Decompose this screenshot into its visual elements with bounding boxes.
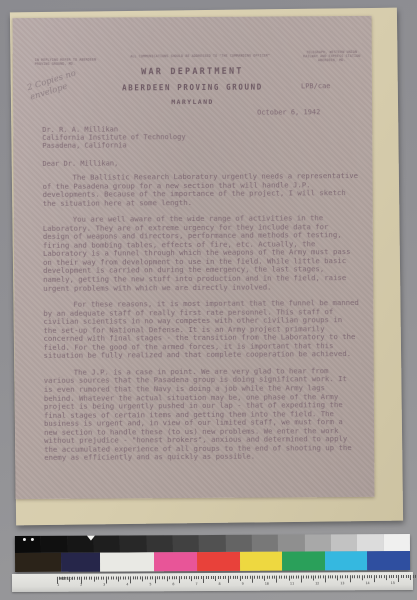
color-calibration-bar: [15, 534, 410, 572]
ruler-number: 6: [172, 582, 174, 586]
registration-dot: [31, 538, 34, 541]
ruler-tick: [186, 576, 187, 579]
grayscale-step: [15, 536, 41, 553]
ruler-tick: [410, 575, 411, 580]
ruler-tick: [111, 577, 112, 580]
ruler-tick: [59, 577, 60, 580]
color-patch: [197, 552, 240, 571]
ruler-tick: [408, 575, 409, 578]
ruler-number: 14: [365, 581, 369, 585]
ruler-tick: [108, 577, 109, 580]
ruler-tick: [320, 575, 321, 578]
ruler-tick: [79, 577, 80, 580]
ruler-tick: [313, 575, 314, 580]
ruler-tick: [328, 575, 329, 578]
grayscale-step: [357, 534, 383, 551]
grayscale-step: [305, 534, 331, 551]
ruler-tick: [391, 575, 392, 578]
ruler-tick: [415, 575, 416, 578]
ruler-tick: [398, 575, 399, 582]
letterhead-reply-address: IN REPLYING REFER TO ABERDEEN PROVING GR…: [35, 58, 105, 66]
color-patch: [367, 551, 410, 570]
ruler-tick: [198, 576, 199, 579]
ruler-tick: [184, 576, 185, 579]
ruler-tick: [267, 576, 268, 579]
ruler-tick: [306, 576, 307, 579]
ruler-tick: [218, 576, 219, 579]
ruler-tick: [323, 575, 324, 578]
ruler-tick: [376, 575, 377, 578]
ruler-tick: [381, 575, 382, 578]
ruler-tick: [103, 577, 104, 580]
ruler-tick: [84, 577, 85, 580]
ruler-tick: [232, 576, 233, 579]
ruler-tick: [167, 576, 168, 581]
ruler-tick: [369, 575, 370, 578]
ruler-tick: [152, 576, 153, 579]
ruler-tick: [367, 575, 368, 578]
salutation: Dear Dr. Millikan,: [42, 159, 118, 167]
ruler-tick: [281, 576, 282, 579]
ruler-number: 7: [195, 582, 197, 586]
ruler-tick: [364, 575, 365, 578]
letterhead-state: MARYLAND: [13, 97, 372, 107]
ruler-tick: [118, 576, 119, 581]
letter-paragraph: The J.P. is a case in point. We are very…: [44, 367, 361, 463]
ruler-tick: [335, 575, 336, 578]
grayscale-step: [199, 535, 225, 552]
ruler-tick: [206, 576, 207, 579]
ruler-tick: [101, 577, 102, 580]
ruler-tick: [201, 576, 202, 579]
ruler-tick: [230, 576, 231, 579]
ruler-tick: [296, 576, 297, 579]
grayscale-step: [120, 535, 146, 552]
ruler-tick: [262, 576, 263, 579]
ruler-tick: [67, 577, 68, 580]
ruler-tick: [137, 576, 138, 579]
scanned-document-page: { "scan": { "background_color": "#8e8e92…: [0, 0, 417, 600]
ruler-tick: [140, 576, 141, 579]
ruler-tick: [345, 575, 346, 578]
ruler-tick: [91, 577, 92, 580]
ruler-tick: [89, 577, 90, 580]
ruler-tick: [208, 576, 209, 579]
ruler-tick: [347, 575, 348, 578]
ruler-tick: [69, 577, 70, 582]
color-patch: [240, 552, 283, 571]
ruler-tick: [157, 576, 158, 579]
date-line: October 6, 1942: [257, 108, 320, 116]
ruler-tick: [225, 576, 226, 579]
ruler-tick: [135, 576, 136, 579]
ruler-tick: [386, 575, 387, 580]
ruler-tick: [401, 575, 402, 578]
ruler-tick: [315, 575, 316, 578]
ruler-tick: [211, 576, 212, 579]
metric-ruler: METRIC 123456789101112131415: [12, 572, 413, 592]
ruler-tick: [176, 576, 177, 579]
ruler-tick: [384, 575, 385, 578]
color-patch: [61, 553, 100, 572]
ruler-tick: [393, 575, 394, 578]
letterhead-communications-note: ALL COMMUNICATIONS SHOULD BE ADDRESSED T…: [108, 53, 293, 58]
ruler-tick: [94, 577, 95, 582]
ruler-tick: [74, 577, 75, 580]
ruler-tick: [142, 576, 143, 581]
ruler-tick: [147, 576, 148, 579]
ruler-tick: [159, 576, 160, 579]
ruler-tick: [240, 576, 241, 581]
ruler-tick: [332, 575, 333, 578]
registration-dot: [23, 538, 26, 541]
ruler-tick: [235, 576, 236, 579]
ruler-number: 15: [391, 581, 395, 585]
ruler-tick: [337, 575, 338, 580]
ruler-tick: [128, 576, 129, 579]
ruler-tick: [354, 575, 355, 578]
ruler-number: 5: [149, 582, 151, 586]
ruler-tick: [181, 576, 182, 579]
ruler-tick: [76, 577, 77, 580]
ruler-tick: [245, 576, 246, 579]
reference-code: LPB/cae: [301, 82, 331, 90]
ruler-tick: [247, 576, 248, 579]
ruler-tick: [120, 576, 121, 579]
ruler-number: 13: [340, 581, 344, 585]
ruler-number: 4: [126, 582, 128, 586]
ruler-tick: [279, 576, 280, 579]
ruler-tick: [237, 576, 238, 579]
grayscale-step: [226, 535, 252, 552]
ruler-number: 3: [103, 583, 105, 587]
ruler-number: 12: [315, 581, 319, 585]
ruler-number: 10: [265, 582, 269, 586]
ruler-tick: [403, 575, 404, 578]
grayscale-step: [41, 536, 67, 553]
ruler-numbers: 123456789101112131415: [57, 581, 395, 587]
grayscale-step: [383, 534, 409, 551]
ruler-tick: [413, 575, 414, 578]
ruler-tick: [196, 576, 197, 579]
ruler-tick: [303, 576, 304, 579]
ruler-tick: [286, 576, 287, 579]
ruler-tick: [242, 576, 243, 579]
ruler-tick: [193, 576, 194, 579]
ruler-tick: [164, 576, 165, 579]
ruler-tick: [342, 575, 343, 578]
grayscale-step: [278, 535, 304, 552]
ruler-number: 1: [57, 583, 59, 587]
ruler-tick: [291, 576, 292, 579]
ruler-tick: [250, 576, 251, 579]
ruler-tick: [96, 577, 97, 580]
ruler-tick: [379, 575, 380, 578]
ruler-tick: [133, 576, 134, 579]
grayscale-step: [252, 535, 278, 552]
grayscale-step: [173, 535, 199, 552]
color-patch: [154, 552, 197, 571]
ruler-tick: [162, 576, 163, 579]
ruler-number: 8: [219, 582, 221, 586]
ruler-tick: [169, 576, 170, 579]
recipient-line: Pasadena, California: [42, 141, 185, 150]
ruler-tick: [330, 575, 331, 578]
grayscale-strip: [15, 534, 410, 553]
ruler-tick: [86, 577, 87, 580]
ruler-tick: [284, 576, 285, 579]
ruler-tick: [123, 576, 124, 579]
ruler-tick: [274, 576, 275, 579]
ruler-tick: [213, 576, 214, 579]
ruler-tick: [396, 575, 397, 578]
ruler-tick: [269, 576, 270, 579]
ruler-tick: [264, 576, 265, 581]
color-patch: [100, 552, 154, 571]
letterhead-telegraph-address: TELEGRAPH, WESTERN UNION RAILWAY AND EXP…: [301, 50, 363, 62]
ruler-tick: [371, 575, 372, 578]
ruler-tick: [113, 577, 114, 580]
ruler-number: 11: [290, 582, 294, 586]
recipient-address-block: Dr. R. A. MillikanCalifornia Institute o…: [42, 125, 185, 150]
grayscale-step: [94, 535, 120, 552]
color-patch-strip: [15, 551, 410, 572]
ruler-tick: [388, 575, 389, 578]
ruler-tick: [72, 577, 73, 580]
ruler-tick: [359, 575, 360, 578]
grayscale-step: [331, 534, 357, 551]
ruler-tick: [64, 577, 65, 580]
ruler-tick: [318, 575, 319, 578]
ruler-tick: [191, 576, 192, 581]
ruler-number: 9: [242, 582, 244, 586]
ruler-tick: [352, 575, 353, 578]
registration-triangle-mark: [87, 536, 95, 541]
ruler-tick: [98, 577, 99, 580]
ruler-tick: [308, 575, 309, 578]
ruler-tick: [125, 576, 126, 579]
ruler-tick: [145, 576, 146, 579]
letter-page: 2 Copies no envelope IN REPLYING REFER T…: [13, 16, 375, 499]
ruler-tick: [298, 576, 299, 579]
ruler-tick: [293, 576, 294, 579]
ruler-tick: [257, 576, 258, 579]
letter-paragraph: For these reasons, it is most important …: [43, 299, 359, 361]
ruler-tick: [174, 576, 175, 579]
color-patch: [325, 551, 368, 570]
letterhead-department: WAR DEPARTMENT: [13, 66, 372, 78]
letter-body: The Ballistic Research Laboratory urgent…: [42, 172, 360, 471]
ruler-tick: [259, 576, 260, 579]
ruler-tick: [115, 577, 116, 580]
ruler-tick: [340, 575, 341, 578]
ruler-tick: [406, 575, 407, 578]
ruler-tick: [362, 575, 363, 580]
ruler-tick: [271, 576, 272, 579]
ruler-tick: [215, 576, 216, 581]
ruler-tick: [220, 576, 221, 579]
ruler-tick: [189, 576, 190, 579]
ruler-tick: [310, 575, 311, 578]
color-patch: [15, 553, 62, 572]
ruler-tick: [62, 577, 63, 580]
letter-paragraph: The Ballistic Research Laboratory urgent…: [42, 172, 358, 208]
color-patch: [282, 551, 325, 570]
ruler-tick: [172, 576, 173, 579]
grayscale-step: [147, 535, 173, 552]
ruler-tick: [254, 576, 255, 579]
ruler-number: 2: [80, 583, 82, 587]
ruler-tick: [223, 576, 224, 579]
ruler-tick: [357, 575, 358, 578]
ruler-tick: [289, 576, 290, 581]
ruler-tick: [150, 576, 151, 579]
letter-paragraph: You are well aware of the wide range of …: [43, 214, 359, 293]
